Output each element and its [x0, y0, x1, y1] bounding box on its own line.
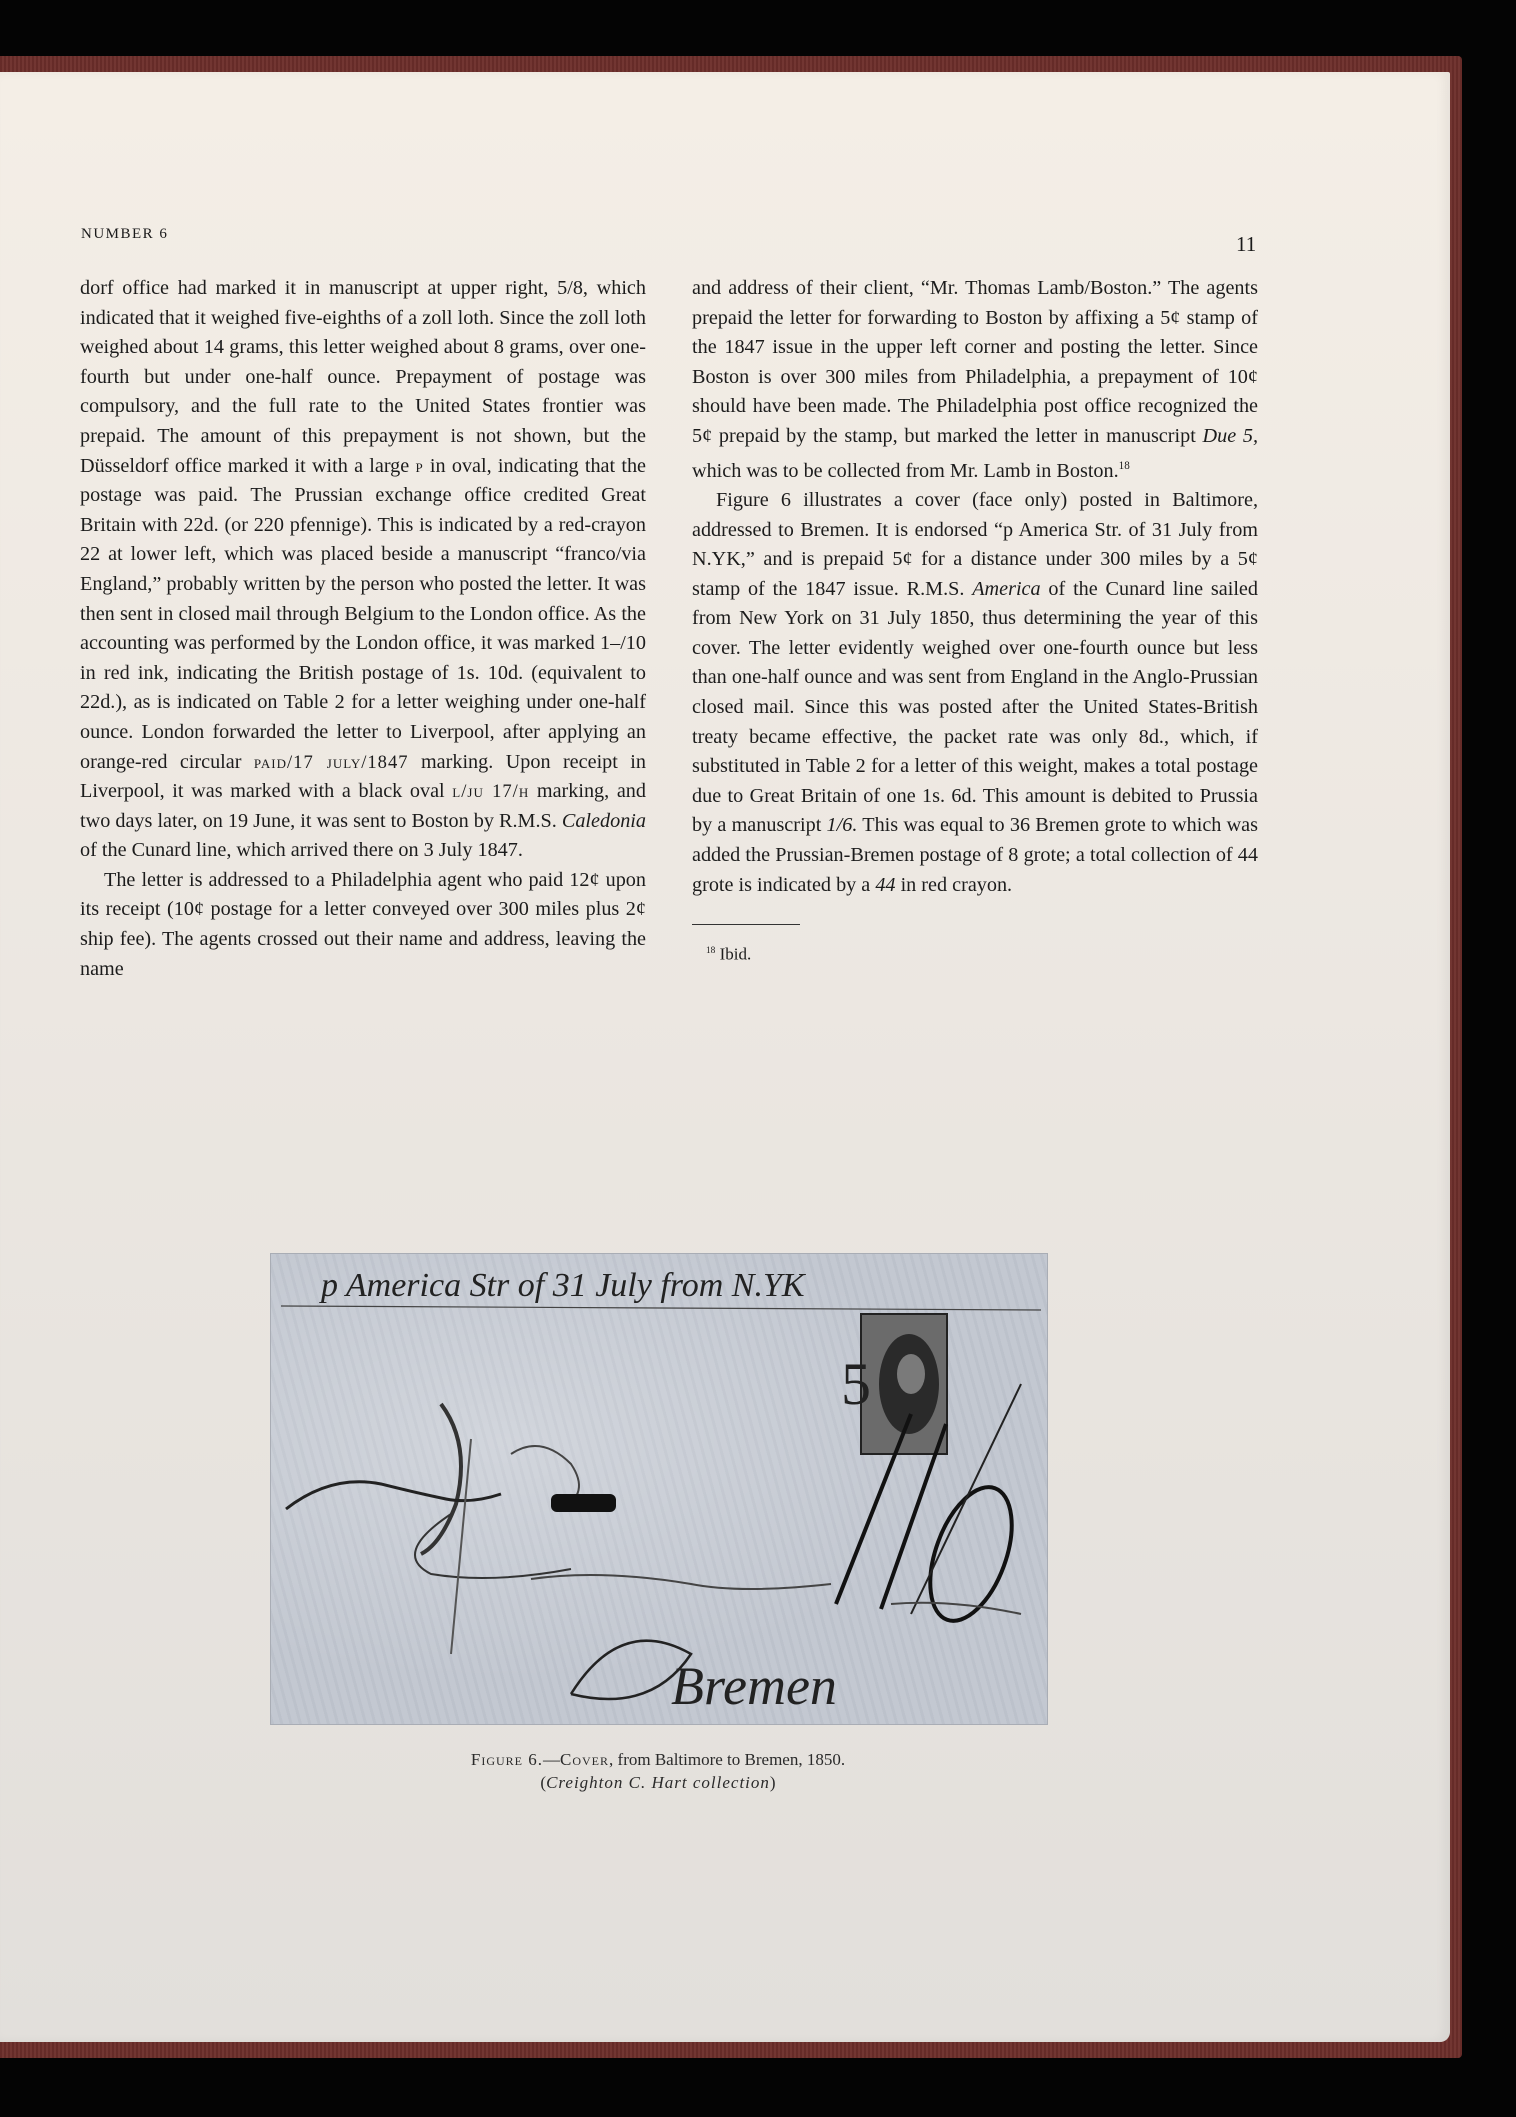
footnote-divider [692, 924, 800, 925]
address-city-text: Bremen [671, 1656, 837, 1716]
footnote-reference: 18 [1119, 460, 1130, 472]
paragraph: The letter is addressed to a Philadelphi… [80, 866, 646, 984]
page-number: 11 [1236, 232, 1256, 257]
caption-title: Figure 6.—Cover, from Baltimore to Breme… [270, 1748, 1046, 1771]
cover-illustration: p America Str of 31 July from N.YK 5 [271, 1254, 1047, 1724]
figure-caption: Figure 6.—Cover, from Baltimore to Breme… [270, 1748, 1046, 1794]
stamp-icon: 5 [841, 1314, 947, 1454]
left-column: dorf office had marked it in manuscript … [80, 274, 646, 984]
paragraph: dorf office had marked it in manuscript … [80, 274, 646, 866]
redaction-mark [551, 1494, 616, 1512]
caption-credit: (Creighton C. Hart collection) [270, 1771, 1046, 1794]
photo-background: NUMBER 6 11 dorf office had marked it in… [0, 0, 1516, 2117]
running-head: NUMBER 6 [81, 226, 168, 243]
right-column: and address of their client, “Mr. Thomas… [692, 274, 1258, 969]
figure-cover-image: p America Str of 31 July from N.YK 5 [270, 1253, 1048, 1725]
paragraph: Figure 6 illustrates a cover (face only)… [692, 486, 1258, 900]
paragraph: and address of their client, “Mr. Thomas… [692, 274, 1258, 486]
svg-text:5: 5 [841, 1351, 871, 1417]
footnote: 18 Ibid. [692, 937, 1258, 969]
endorsement-text: p America Str of 31 July from N.YK [319, 1267, 807, 1304]
